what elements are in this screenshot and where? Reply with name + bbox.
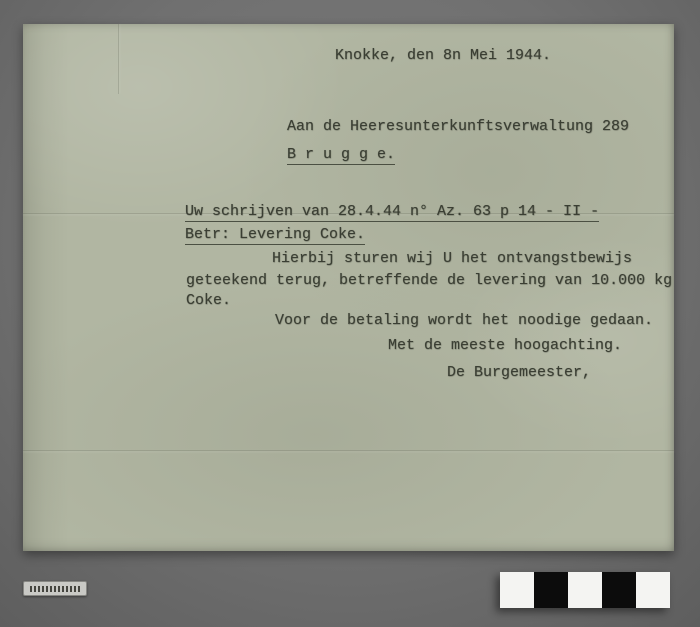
body-paragraph1-line2: geteekend terug, betreffende de levering… (186, 271, 672, 290)
catalog-barcode-sticker (23, 581, 87, 596)
reference-underlined: Uw schrijven van 28.4.44 n° Az. 63 p 14 … (185, 203, 599, 222)
letter-signature: De Burgemeester, (447, 363, 591, 382)
letter-closing: Met de meeste hoogachting. (388, 336, 622, 355)
fold-crease-bottom (23, 450, 674, 451)
calibration-square (534, 572, 568, 608)
body-paragraph1-line3: Coke. (186, 291, 231, 310)
letter-date-line: Knokke, den 8n Mei 1944. (335, 46, 551, 65)
scan-background: Knokke, den 8n Mei 1944. Aan de Heeresun… (0, 0, 700, 627)
calibration-square (636, 572, 670, 608)
recipient-city-underlined: B r u g g e. (287, 146, 395, 165)
letter-paper: Knokke, den 8n Mei 1944. Aan de Heeresun… (23, 24, 674, 551)
letter-reference-line: Uw schrijven van 28.4.44 n° Az. 63 p 14 … (185, 202, 599, 221)
barcode-marks (30, 586, 80, 592)
body-paragraph1-line1: Hierbij sturen wij U het ontvangstbewijs (272, 249, 632, 268)
letter-subject-line: Betr: Levering Coke. (185, 225, 365, 244)
calibration-square (500, 572, 534, 608)
calibration-square (602, 572, 636, 608)
letter-recipient-city: B r u g g e. (287, 145, 395, 164)
body-paragraph2: Voor de betaling wordt het noodige gedaa… (275, 311, 653, 330)
subject-underlined: Betr: Levering Coke. (185, 226, 365, 245)
letter-recipient-line: Aan de Heeresunterkunftsverwaltung 289 (287, 117, 629, 136)
vertical-crease (118, 24, 119, 94)
calibration-square (568, 572, 602, 608)
calibration-bar (500, 572, 670, 608)
